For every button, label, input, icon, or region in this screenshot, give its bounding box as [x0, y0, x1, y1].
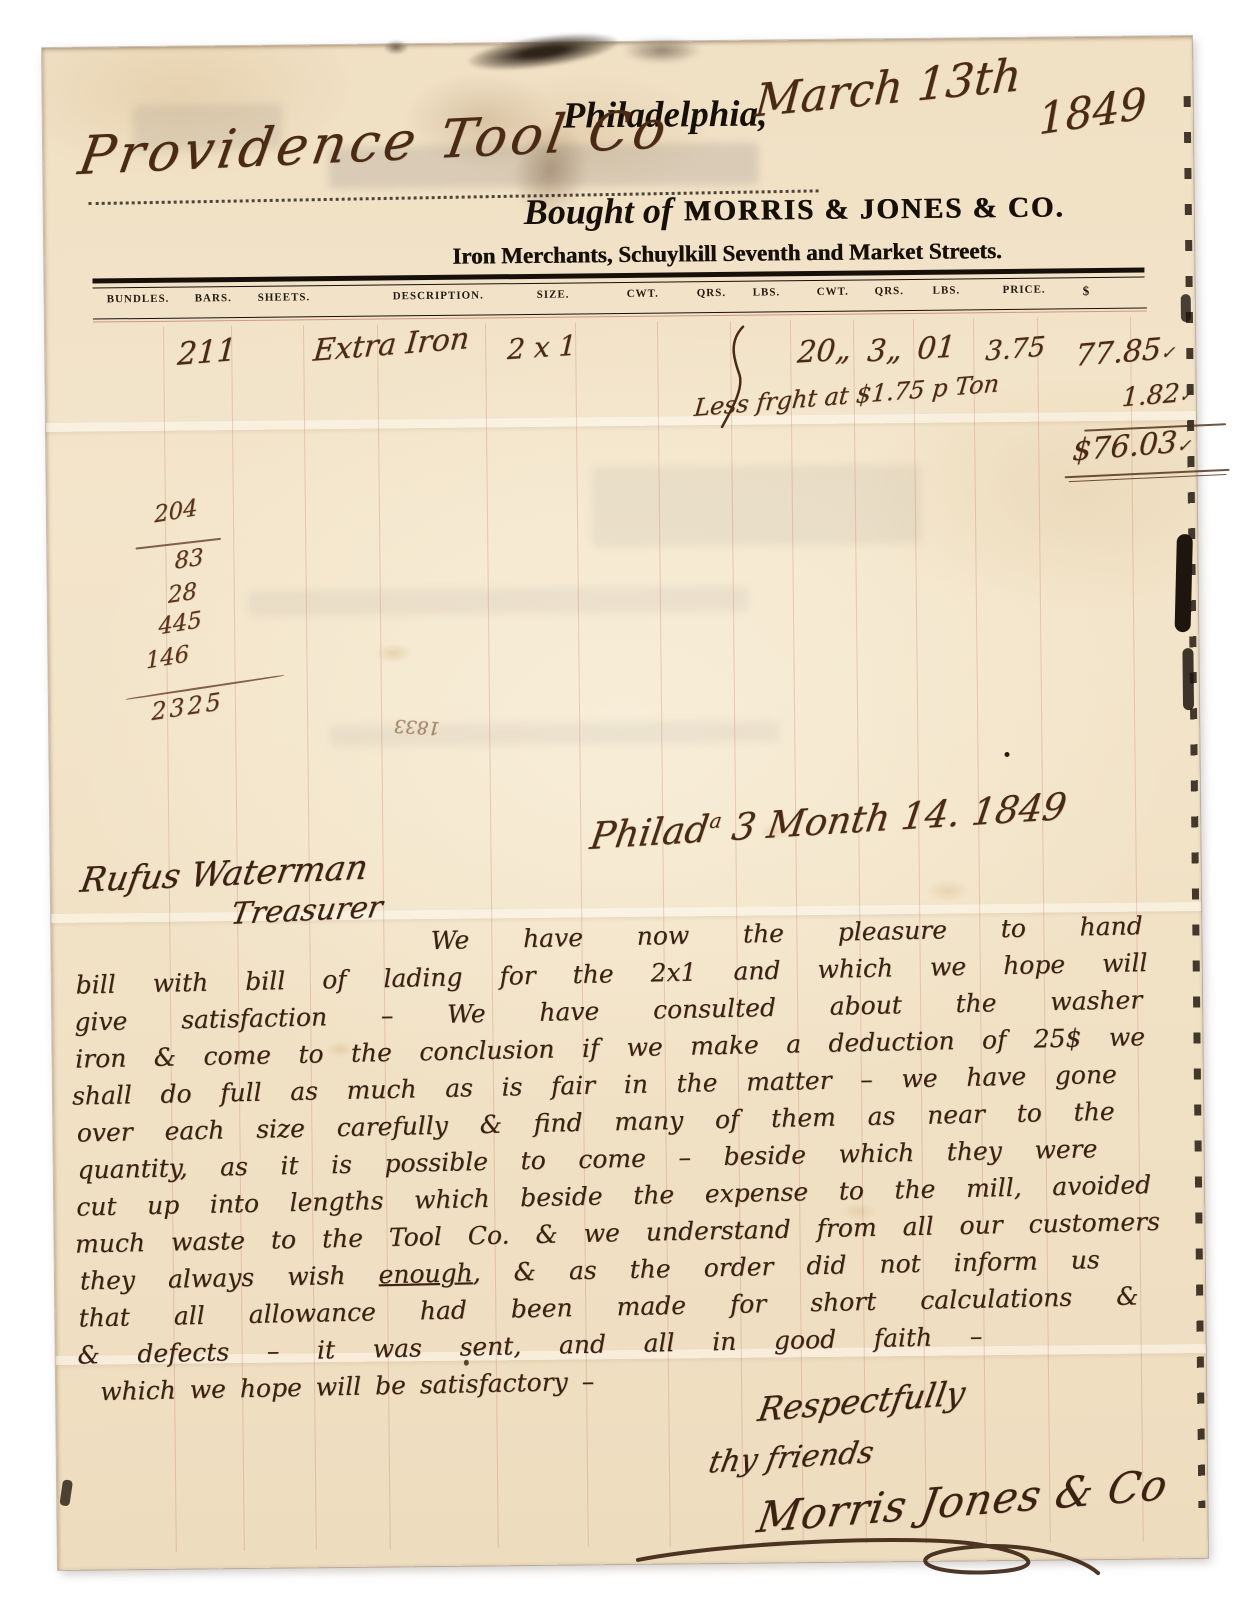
signature-flourish: [618, 1525, 1119, 1590]
letter-body: We have now the pleasure to hand bill wi…: [34, 30, 1216, 1576]
letter-line-part: they always wish: [80, 1260, 379, 1295]
billhead-letter-sheet: Philadelphia, March 13th 1849 Providence…: [42, 36, 1208, 1570]
underlined-word: enough: [378, 1258, 473, 1289]
letter-line-part: , & as the order did not inform us: [472, 1245, 1100, 1287]
letter-line: We have now the pleasure to hand: [431, 911, 1143, 956]
letter-line: which we hope will be satisfactory –: [100, 1364, 718, 1407]
